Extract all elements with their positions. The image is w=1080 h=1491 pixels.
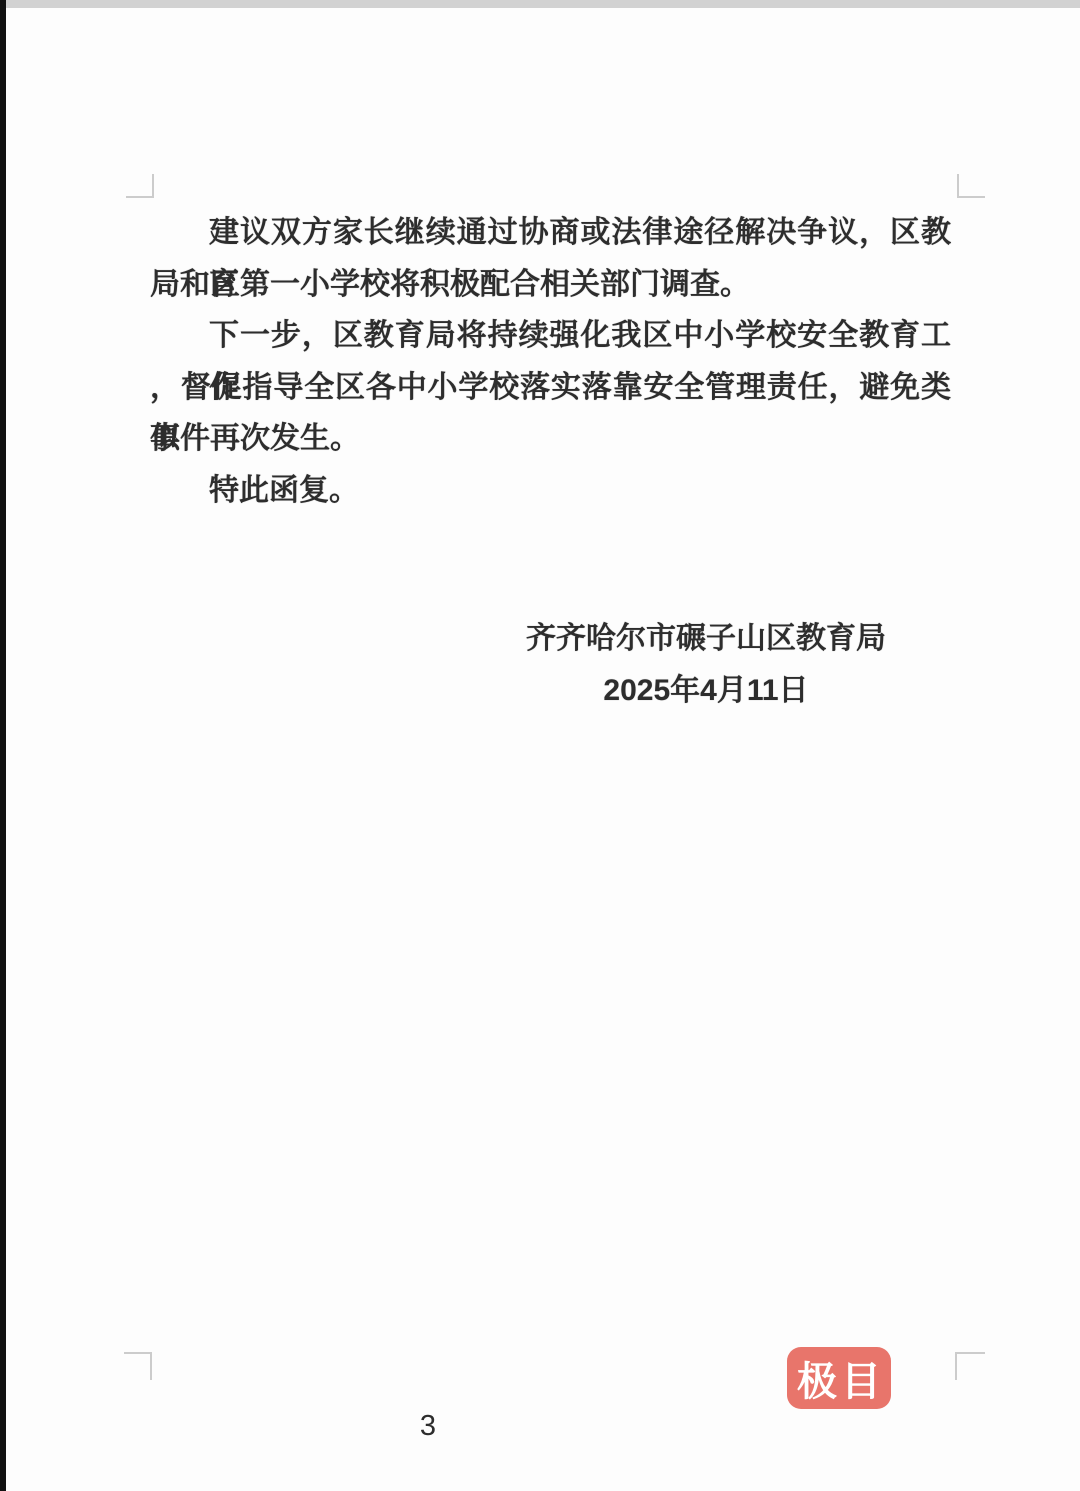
paragraph-1: 建议双方家长继续通过协商或法律途径解决争议，区教育 局和区第一小学校将积极配合相… <box>150 207 951 310</box>
crop-mark-top-left <box>126 174 154 198</box>
crop-mark-bottom-left <box>124 1352 152 1380</box>
paragraph-2: 下一步，区教育局将持续强化我区中小学校安全教育工作 ，督促指导全区各中小学校落实… <box>150 310 951 465</box>
jimu-watermark-badge: 极目 <box>787 1347 891 1409</box>
paragraph-3: 特此函复。 <box>150 465 951 517</box>
crop-mark-top-right <box>957 174 985 198</box>
body-line: 建议双方家长继续通过协商或法律途径解决争议，区教育 <box>150 207 951 259</box>
body-line: 事件再次发生。 <box>150 413 951 465</box>
photo-left-edge <box>0 0 6 1491</box>
photo-top-edge <box>6 0 1080 8</box>
letter-page-photo: 建议双方家长继续通过协商或法律途径解决争议，区教育 局和区第一小学校将积极配合相… <box>0 0 1080 1491</box>
body-line: 特此函复。 <box>150 465 951 517</box>
body-line: 局和区第一小学校将积极配合相关部门调查。 <box>150 259 951 311</box>
page-number: 3 <box>398 1410 458 1443</box>
body-line: 下一步，区教育局将持续强化我区中小学校安全教育工作 <box>150 310 951 362</box>
letter-body: 建议双方家长继续通过协商或法律途径解决争议，区教育 局和区第一小学校将积极配合相… <box>150 207 951 516</box>
signature-authority: 齐齐哈尔市碾子山区教育局 <box>456 613 956 665</box>
signature-block: 齐齐哈尔市碾子山区教育局 2025年4月11日 <box>456 613 956 717</box>
crop-mark-bottom-right <box>955 1352 985 1380</box>
watermark-label: 极目 <box>793 1350 885 1407</box>
signature-date: 2025年4月11日 <box>456 665 956 717</box>
body-line: ，督促指导全区各中小学校落实落靠安全管理责任，避免类似 <box>150 362 951 414</box>
